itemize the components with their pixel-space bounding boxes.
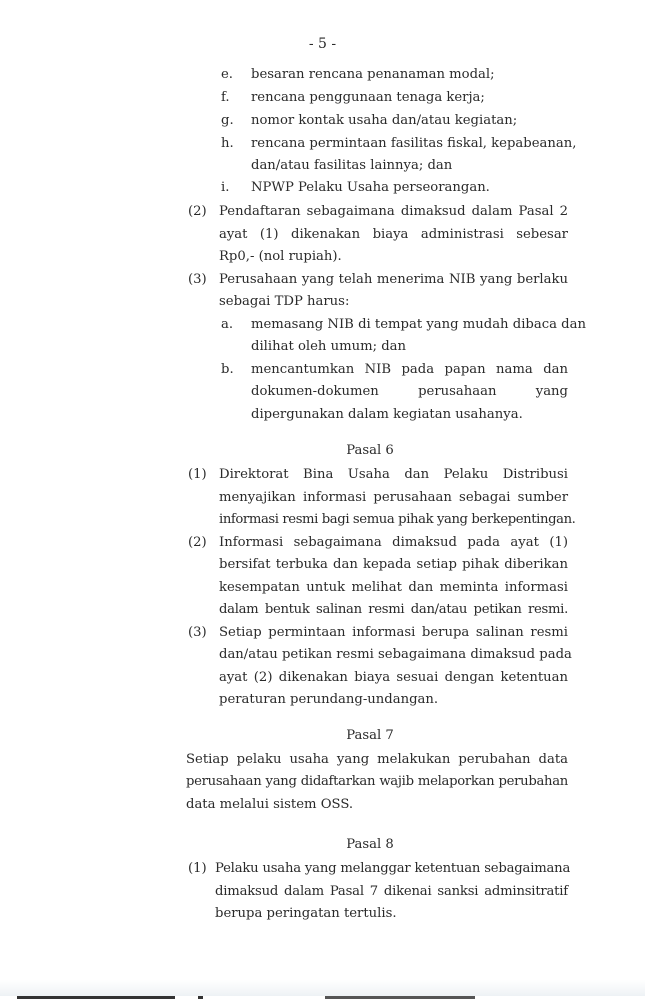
list-item: memasang NIB di tempat yang mudah dibaca…	[251, 316, 586, 334]
paragraph-line: Perusahaan yang telah menerima NIB yang …	[219, 271, 568, 289]
paragraph-label: (1)	[188, 860, 207, 878]
paragraph-line: Pendaftaran sebagaimana dimaksud dalam P…	[219, 203, 568, 221]
paragraph-label: (3)	[188, 271, 207, 289]
list-item: besaran rencana penanaman modal;	[251, 66, 495, 84]
list-label: f.	[221, 89, 230, 107]
list-label: g.	[221, 112, 234, 130]
paragraph-line: Pelaku usaha yang melanggar ketentuan se…	[215, 860, 570, 878]
paragraph-line: menyajikan informasi perusahaan sebagai …	[219, 489, 568, 507]
paragraph-line: Informasi sebagaimana dimaksud pada ayat…	[219, 534, 568, 552]
section-heading: Pasal 8	[0, 836, 645, 854]
paragraph-line: Setiap permintaan informasi berupa salin…	[219, 624, 568, 642]
scan-shadow	[0, 980, 645, 996]
list-label: i.	[221, 179, 229, 197]
paragraph-line: ayat (1) dikenakan biaya administrasi se…	[219, 226, 568, 244]
paragraph-line: dalam bentuk salinan resmi dan/atau peti…	[219, 601, 568, 619]
list-item: mencantumkan NIB pada papan nama dan	[251, 361, 568, 379]
paragraph-line: Direktorat Bina Usaha dan Pelaku Distrib…	[219, 466, 568, 484]
list-label: e.	[221, 66, 233, 84]
list-item: rencana permintaan fasilitas fiskal, kep…	[251, 135, 576, 153]
paragraph-line: dimaksud dalam Pasal 7 dikenai sanksi ad…	[215, 883, 568, 901]
list-item-continuation: dilihat oleh umum; dan	[251, 338, 406, 356]
paragraph-line: berupa peringatan tertulis.	[215, 905, 397, 923]
list-item: rencana penggunaan tenaga kerja;	[251, 89, 485, 107]
paragraph-label: (2)	[188, 203, 207, 221]
scan-edge-line	[325, 996, 475, 999]
paragraph-label: (2)	[188, 534, 207, 552]
paragraph-label: (3)	[188, 624, 207, 642]
list-item-continuation: dipergunakan dalam kegiatan usahanya.	[251, 406, 523, 424]
paragraph-label: (1)	[188, 466, 207, 484]
paragraph-line: ayat (2) dikenakan biaya sesuai dengan k…	[219, 669, 568, 687]
paragraph-line: Rp0,- (nol rupiah).	[219, 248, 342, 266]
paragraph-line: perusahaan yang didaftarkan wajib melapo…	[186, 773, 568, 791]
paragraph-line: kesempatan untuk melihat dan meminta inf…	[219, 579, 568, 597]
list-item: nomor kontak usaha dan/atau kegiatan;	[251, 112, 517, 130]
paragraph-line: sebagai TDP harus:	[219, 293, 349, 311]
list-label: a.	[221, 316, 233, 334]
page-number: - 5 -	[0, 36, 645, 52]
scan-edge-mark	[198, 996, 203, 999]
section-heading: Pasal 6	[0, 442, 645, 460]
paragraph-line: Setiap pelaku usaha yang melakukan perub…	[186, 751, 568, 769]
paragraph-line: bersifat terbuka dan kepada setiap pihak…	[219, 556, 568, 574]
list-label: h.	[221, 135, 234, 153]
list-item-continuation: dan/atau fasilitas lainnya; dan	[251, 157, 452, 175]
paragraph-line: peraturan perundang-undangan.	[219, 691, 438, 709]
paragraph-line: data melalui sistem OSS.	[186, 796, 353, 814]
section-heading: Pasal 7	[0, 727, 645, 745]
list-item-continuation: dokumen-dokumen perusahaan yang	[251, 383, 568, 401]
paragraph-line: dan/atau petikan resmi sebagaimana dimak…	[219, 646, 572, 664]
scan-edge-line	[17, 996, 175, 999]
paragraph-line: informasi resmi bagi semua pihak yang be…	[219, 511, 575, 529]
list-label: b.	[221, 361, 234, 379]
list-item: NPWP Pelaku Usaha perseorangan.	[251, 179, 490, 197]
